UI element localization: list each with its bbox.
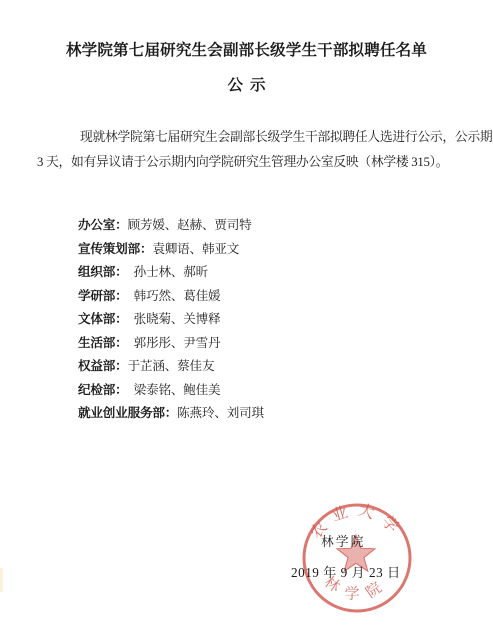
dept-label: 学研部： — [78, 289, 121, 303]
signature-date: 2019 年 9 月 23 日 — [291, 562, 401, 581]
dept-label: 就业创业服务部： — [78, 406, 177, 420]
dept-label: 宣传策划部： — [78, 242, 152, 256]
announcement-paragraph: 现就林学院第七届研究生会副部长级学生干部拟聘任人选进行公示，公示期 3 天，如有… — [37, 125, 461, 174]
document-title: 林学院第七届研究生会副部长级学生干部拟聘任名单 — [33, 38, 460, 60]
scan-edge-artifact — [0, 568, 3, 592]
appointment-row-academic: 学研部： 韩巧然、葛佳媛 — [78, 285, 264, 309]
appointment-row-culture-sports: 文体部： 张晓菊、关博释 — [78, 308, 264, 332]
dept-label: 权益部： — [78, 359, 128, 373]
appointment-list: 办公室：顾芳媛、赵赫、贾司特 宣传策划部：袁卿语、韩亚文 组织部： 孙士林、郝昕… — [78, 214, 264, 426]
names-text: 袁卿语、韩亚文 — [152, 242, 239, 256]
names-text: 于芷涵、蔡佳友 — [128, 359, 215, 373]
dept-label: 纪检部： — [78, 383, 121, 397]
appointment-row-discipline: 纪检部： 梁泰铭、鲍佳美 — [78, 379, 264, 403]
appointment-row-office: 办公室：顾芳媛、赵赫、贾司特 — [78, 214, 264, 238]
document-page: 林学院第七届研究生会副部长级学生干部拟聘任名单 公示 现就林学院第七届研究生会副… — [0, 0, 493, 641]
dept-label: 文体部： — [78, 312, 121, 326]
document-subtitle: 公示 — [0, 73, 493, 95]
names-text: 顾芳媛、赵赫、贾司特 — [128, 218, 252, 232]
names-text: 张晓菊、关博释 — [121, 312, 220, 326]
appointment-row-rights: 权益部：于芷涵、蔡佳友 — [78, 355, 264, 379]
appointment-row-life: 生活部： 郭彤彤、尹雪丹 — [78, 332, 264, 356]
names-text: 梁泰铭、鲍佳美 — [121, 383, 220, 397]
paragraph-line-2: 3 天，如有异议请于公示期内向学院研究生管理办公室反映（林学楼 315）。 — [37, 150, 461, 175]
appointment-row-publicity: 宣传策划部：袁卿语、韩亚文 — [78, 238, 264, 262]
paragraph-line-1: 现就林学院第七届研究生会副部长级学生干部拟聘任人选进行公示，公示期 — [37, 125, 461, 150]
appointment-row-employment: 就业创业服务部：陈燕玲、刘司琪 — [78, 402, 264, 426]
signature-organization: 林学院 — [321, 531, 365, 550]
dept-label: 组织部： — [78, 265, 121, 279]
names-text: 陈燕玲、刘司琪 — [177, 406, 264, 420]
appointment-row-organization: 组织部： 孙士林、郝昕 — [78, 261, 264, 285]
names-text: 孙士林、郝昕 — [121, 265, 208, 279]
dept-label: 办公室： — [78, 218, 128, 232]
names-text: 韩巧然、葛佳媛 — [121, 289, 220, 303]
dept-label: 生活部： — [78, 336, 121, 350]
official-seal-icon: 农业大学 林学院 — [300, 501, 414, 615]
names-text: 郭彤彤、尹雪丹 — [121, 336, 220, 350]
